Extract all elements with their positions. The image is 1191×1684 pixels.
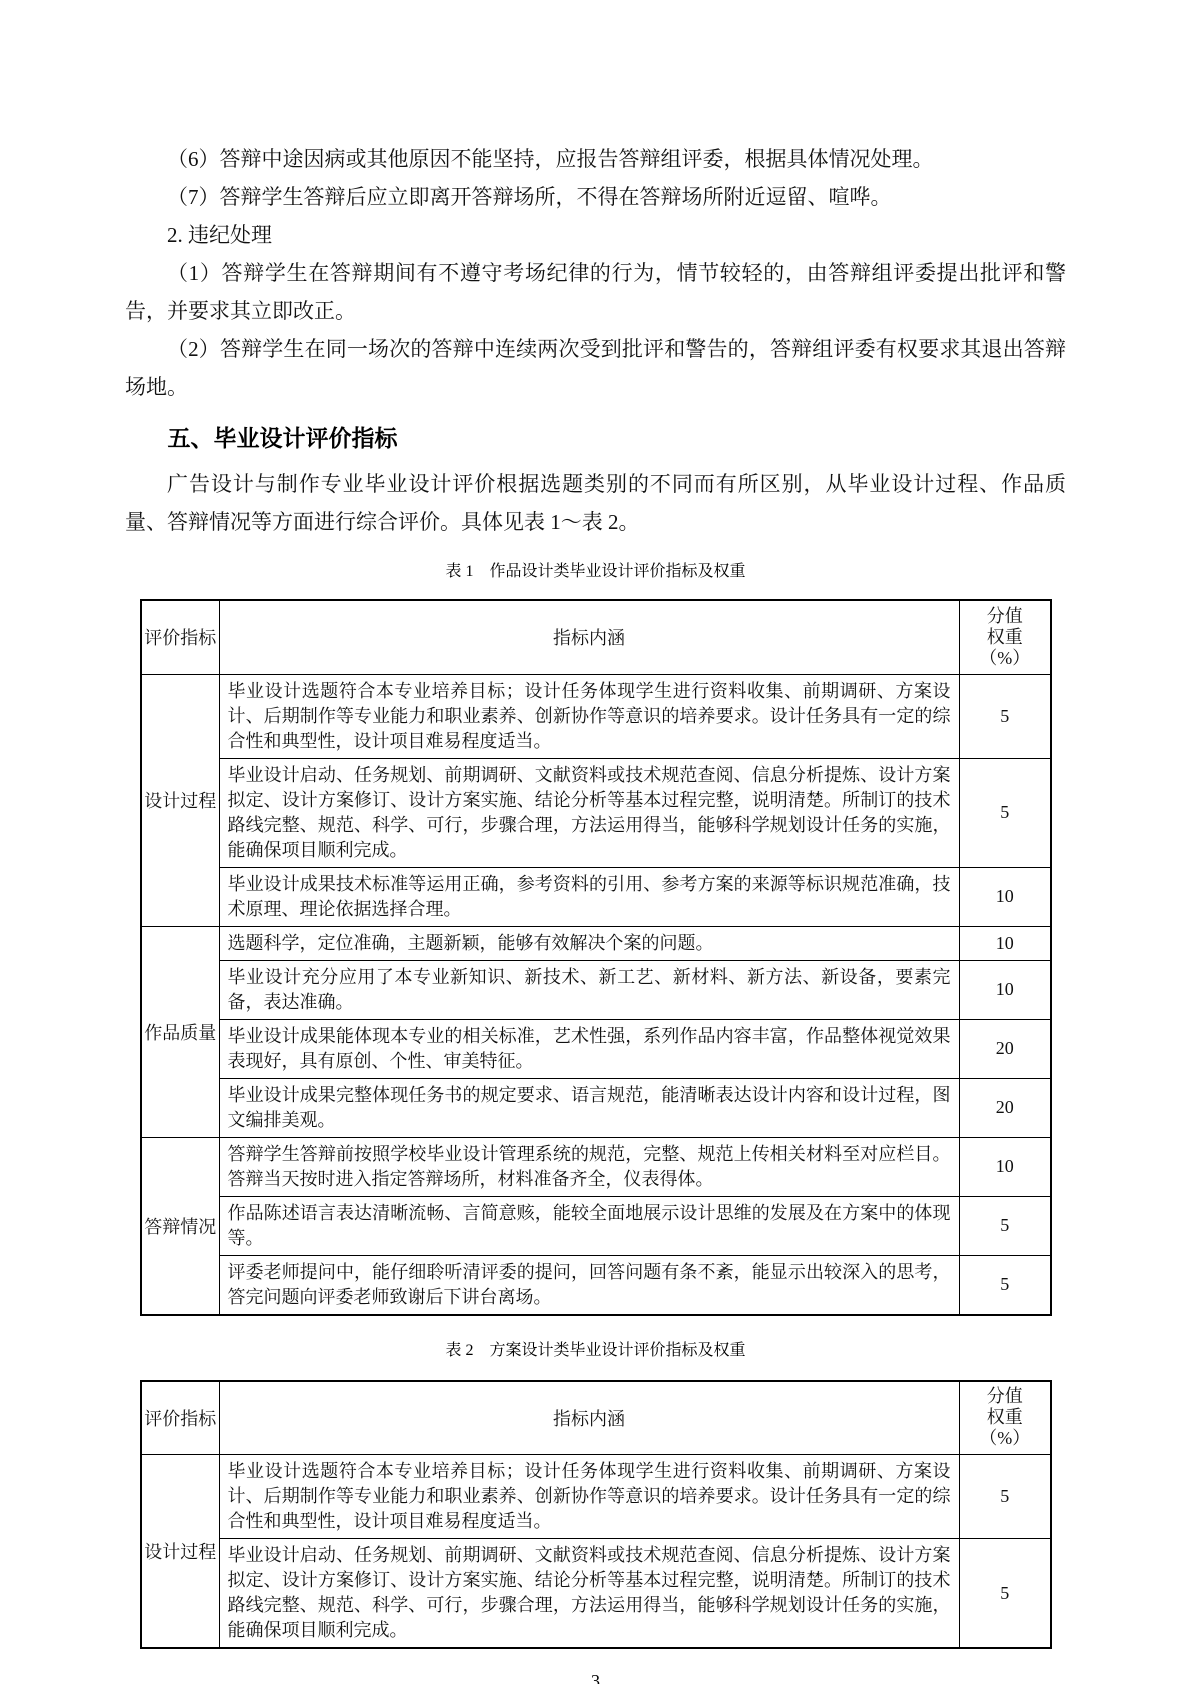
- weight-cell: 10: [959, 926, 1051, 960]
- table1-header-row: 评价指标 指标内涵 分值 权重 （%）: [141, 600, 1051, 674]
- category-cell-work-quality: 作品质量: [141, 926, 219, 1137]
- table2-header-content: 指标内涵: [219, 1381, 959, 1455]
- weight-header-line: 权重: [961, 1407, 1050, 1428]
- category-cell-design-process: 设计过程: [141, 674, 219, 926]
- paragraph-6: （6）答辩中途因病或其他原因不能坚持，应报告答辩组评委，根据具体情况处理。: [125, 140, 1066, 178]
- weight-cell: 5: [959, 1539, 1051, 1649]
- section-heading: 五、毕业设计评价指标: [125, 421, 1066, 455]
- table-row: 毕业设计充分应用了本专业新知识、新技术、新工艺、新材料、新方法、新设备，要素完备…: [141, 960, 1051, 1019]
- content-cell: 毕业设计成果能体现本专业的相关标准，艺术性强，系列作品内容丰富，作品整体视觉效果…: [219, 1019, 959, 1078]
- table1-header-content: 指标内涵: [219, 600, 959, 674]
- weight-header-line: 权重: [961, 627, 1050, 648]
- content-cell: 毕业设计选题符合本专业培养目标；设计任务体现学生进行资料收集、前期调研、方案设计…: [219, 1455, 959, 1539]
- weight-header-line: （%）: [961, 1428, 1050, 1449]
- table-row: 作品质量 选题科学，定位准确，主题新颖，能够有效解决个案的问题。 10: [141, 926, 1051, 960]
- table-row: 答辩情况 答辩学生答辩前按照学校毕业设计管理系统的规范，完整、规范上传相关材料至…: [141, 1137, 1051, 1196]
- weight-header-line: （%）: [961, 648, 1050, 669]
- weight-cell: 10: [959, 1137, 1051, 1196]
- weight-cell: 10: [959, 867, 1051, 926]
- table-row: 毕业设计启动、任务规划、前期调研、文献资料或技术规范查阅、信息分析提炼、设计方案…: [141, 758, 1051, 867]
- page-number: 3: [125, 1671, 1066, 1684]
- weight-cell: 5: [959, 674, 1051, 758]
- table-row: 毕业设计成果能体现本专业的相关标准，艺术性强，系列作品内容丰富，作品整体视觉效果…: [141, 1019, 1051, 1078]
- weight-cell: 5: [959, 1255, 1051, 1315]
- table1-caption: 表 1 作品设计类毕业设计评价指标及权重: [125, 561, 1066, 583]
- table1: 评价指标 指标内涵 分值 权重 （%） 设计过程 毕业设计选题符合本专业培养目标…: [140, 599, 1052, 1316]
- weight-cell: 5: [959, 1455, 1051, 1539]
- paragraph-1: （1）答辩学生在答辩期间有不遵守考场纪律的行为，情节较轻的，由答辩组评委提出批评…: [125, 254, 1066, 330]
- table-row: 作品陈述语言表达清晰流畅、言简意赅，能较全面地展示设计思维的发展及在方案中的体现…: [141, 1196, 1051, 1255]
- table-row: 毕业设计成果完整体现任务书的规定要求、语言规范，能清晰表达设计内容和设计过程，图…: [141, 1078, 1051, 1137]
- content-cell: 毕业设计启动、任务规划、前期调研、文献资料或技术规范查阅、信息分析提炼、设计方案…: [219, 1539, 959, 1649]
- category-cell-defense: 答辩情况: [141, 1137, 219, 1315]
- paragraph-2: （2）答辩学生在同一场次的答辩中连续两次受到批评和警告的，答辩组评委有权要求其退…: [125, 330, 1066, 406]
- weight-header-line: 分值: [961, 1386, 1050, 1407]
- content-cell: 毕业设计成果完整体现任务书的规定要求、语言规范，能清晰表达设计内容和设计过程，图…: [219, 1078, 959, 1137]
- weight-header-line: 分值: [961, 606, 1050, 627]
- table1-header-weight: 分值 权重 （%）: [959, 600, 1051, 674]
- weight-cell: 5: [959, 758, 1051, 867]
- table-row: 设计过程 毕业设计选题符合本专业培养目标；设计任务体现学生进行资料收集、前期调研…: [141, 674, 1051, 758]
- table-row: 毕业设计启动、任务规划、前期调研、文献资料或技术规范查阅、信息分析提炼、设计方案…: [141, 1539, 1051, 1649]
- table2-header-category: 评价指标: [141, 1381, 219, 1455]
- content-cell: 毕业设计启动、任务规划、前期调研、文献资料或技术规范查阅、信息分析提炼、设计方案…: [219, 758, 959, 867]
- content-cell: 毕业设计选题符合本专业培养目标；设计任务体现学生进行资料收集、前期调研、方案设计…: [219, 674, 959, 758]
- table2-header-row: 评价指标 指标内涵 分值 权重 （%）: [141, 1381, 1051, 1455]
- table2-caption: 表 2 方案设计类毕业设计评价指标及权重: [125, 1340, 1066, 1362]
- weight-cell: 5: [959, 1196, 1051, 1255]
- paragraph-7: （7）答辩学生答辩后应立即离开答辩场所，不得在答辩场所附近逗留、喧哗。: [125, 178, 1066, 216]
- content-cell: 毕业设计充分应用了本专业新知识、新技术、新工艺、新材料、新方法、新设备，要素完备…: [219, 960, 959, 1019]
- content-cell: 毕业设计成果技术标准等运用正确，参考资料的引用、参考方案的来源等标识规范准确，技…: [219, 867, 959, 926]
- paragraph-discipline: 2. 违纪处理: [125, 216, 1066, 254]
- category-cell-design-process: 设计过程: [141, 1455, 219, 1649]
- table1-header-category: 评价指标: [141, 600, 219, 674]
- intro-paragraph: 广告设计与制作专业毕业设计评价根据选题类别的不同而有所区别，从毕业设计过程、作品…: [125, 465, 1066, 541]
- content-cell: 评委老师提问中，能仔细聆听清评委的提问，回答问题有条不紊，能显示出较深入的思考，…: [219, 1255, 959, 1315]
- content-cell: 作品陈述语言表达清晰流畅、言简意赅，能较全面地展示设计思维的发展及在方案中的体现…: [219, 1196, 959, 1255]
- table2: 评价指标 指标内涵 分值 权重 （%） 设计过程 毕业设计选题符合本专业培养目标…: [140, 1380, 1052, 1650]
- content-cell: 答辩学生答辩前按照学校毕业设计管理系统的规范，完整、规范上传相关材料至对应栏目。…: [219, 1137, 959, 1196]
- table-row: 毕业设计成果技术标准等运用正确，参考资料的引用、参考方案的来源等标识规范准确，技…: [141, 867, 1051, 926]
- content-cell: 选题科学，定位准确，主题新颖，能够有效解决个案的问题。: [219, 926, 959, 960]
- table2-header-weight: 分值 权重 （%）: [959, 1381, 1051, 1455]
- document-page: （6）答辩中途因病或其他原因不能坚持，应报告答辩组评委，根据具体情况处理。 （7…: [0, 0, 1191, 1684]
- table-row: 设计过程 毕业设计选题符合本专业培养目标；设计任务体现学生进行资料收集、前期调研…: [141, 1455, 1051, 1539]
- weight-cell: 10: [959, 960, 1051, 1019]
- table-row: 评委老师提问中，能仔细聆听清评委的提问，回答问题有条不紊，能显示出较深入的思考，…: [141, 1255, 1051, 1315]
- weight-cell: 20: [959, 1019, 1051, 1078]
- weight-cell: 20: [959, 1078, 1051, 1137]
